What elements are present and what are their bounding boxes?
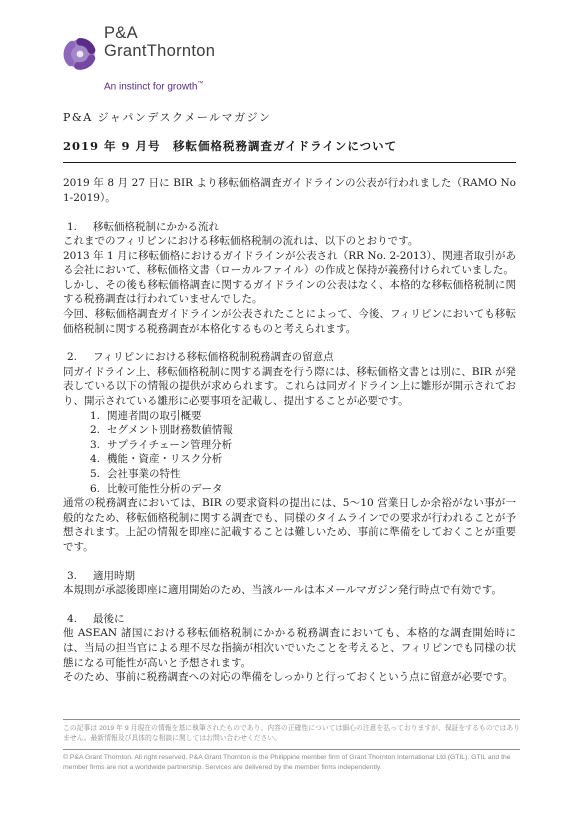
section-2-title: フィリピンにおける移転価格税制税務調査の留意点 bbox=[93, 351, 334, 363]
section-3-title: 適用時期 bbox=[93, 570, 135, 582]
list-item-number: 3. bbox=[90, 438, 107, 453]
section-4: 4.最後に 他 ASEAN 諸国における移転価格税制にかかる税務調査においても、… bbox=[63, 612, 516, 685]
trademark-mark: ™ bbox=[197, 81, 203, 87]
section-1-heading: 1.移転価格税制にかかる流れ bbox=[63, 220, 516, 235]
paragraph: そのため、事前に税務調査への対応の準備をしっかりと行っておくという点に留意が必要… bbox=[63, 670, 516, 685]
list-item: 5.会社事業の特性 bbox=[63, 467, 516, 482]
logo-row: P&A GrantThornton bbox=[63, 25, 577, 71]
list-item-number: 6. bbox=[90, 482, 107, 497]
list-item: 4.機能・資産・リスク分析 bbox=[63, 452, 516, 467]
intro-paragraph: 2019 年 8 月 27 日に BIR より移転価格調査ガイドラインの公表が行… bbox=[63, 176, 516, 205]
paragraph: 今回、移転価格調査ガイドラインが公表されたことによって、今後、フィリピンにおいて… bbox=[63, 307, 516, 336]
section-1-title: 移転価格税制にかかる流れ bbox=[93, 221, 219, 233]
list-item-text: 比較可能性分析のデータ bbox=[107, 483, 223, 495]
list-item-text: 機能・資産・リスク分析 bbox=[107, 453, 222, 465]
logo-line-grantthornton: GrantThornton bbox=[104, 43, 215, 61]
section-3: 3.適用時期 本規則が承認後即座に適用開始のため、当該ルールは本メールマガジン発… bbox=[63, 569, 516, 598]
section-2-number: 2. bbox=[63, 350, 93, 365]
section-3-heading: 3.適用時期 bbox=[63, 569, 516, 584]
paragraph: これまでのフィリピンにおける移転価格税制の流れは、以下のとおりです。 bbox=[63, 234, 516, 249]
list-item-number: 4. bbox=[90, 452, 107, 467]
company-logo: P&A GrantThornton An instinct for growth… bbox=[0, 0, 577, 92]
list-item: 1.関連者間の取引概要 bbox=[63, 409, 516, 424]
list-item: 3.サプライチェーン管理分析 bbox=[63, 438, 516, 453]
list-item-number: 5. bbox=[90, 467, 107, 482]
document-content: P&A ジャパンデスクメールマガジン 2019 年 9 月号 移転価格税務調査ガ… bbox=[0, 109, 577, 684]
section-4-heading: 4.最後に bbox=[63, 612, 516, 627]
footer-copyright-en: © P&A Grant Thornton. All right reserved… bbox=[63, 753, 520, 772]
section-1-number: 1. bbox=[63, 220, 93, 235]
section-3-number: 3. bbox=[63, 569, 93, 584]
logo-line-pa: P&A bbox=[104, 25, 215, 43]
grant-thornton-mobius-icon bbox=[63, 37, 97, 71]
logo-wordmark: P&A GrantThornton bbox=[104, 25, 215, 60]
list-item: 6.比較可能性分析のデータ bbox=[63, 482, 516, 497]
section-1: 1.移転価格税制にかかる流れ これまでのフィリピンにおける移転価格税制の流れは、… bbox=[63, 220, 516, 337]
section-2-heading: 2.フィリピンにおける移転価格税制税務調査の留意点 bbox=[63, 350, 516, 365]
section-4-title: 最後に bbox=[93, 613, 125, 625]
paragraph: 2013 年 1 月に移転価格におけるガイドラインが公表され（RR No. 2-… bbox=[63, 249, 516, 278]
title-divider bbox=[63, 162, 516, 163]
list-item-text: セグメント別財務数値情報 bbox=[107, 424, 233, 436]
footer-divider-middle bbox=[63, 749, 520, 750]
paragraph: 通常の税務調査においては、BIR の要求資料の提出には、5～10 営業日しか余裕… bbox=[63, 496, 516, 554]
newsletter-name: P&A ジャパンデスクメールマガジン bbox=[63, 109, 516, 125]
footer-divider-top bbox=[63, 719, 520, 720]
list-item-text: 関連者間の取引概要 bbox=[107, 410, 202, 422]
paragraph: 本規則が承認後即座に適用開始のため、当該ルールは本メールマガジン発行時点で有効で… bbox=[63, 583, 516, 598]
page-footer: この記事は 2019 年 9 月現在の情報を基に執筆されたものであり、内容の正確… bbox=[63, 719, 520, 772]
list-item-number: 2. bbox=[90, 423, 107, 438]
list-item-text: 会社事業の特性 bbox=[107, 468, 181, 480]
issue-title: 2019 年 9 月号 移転価格税務調査ガイドラインについて bbox=[63, 138, 516, 154]
footer-disclaimer-jp: この記事は 2019 年 9 月現在の情報を基に執筆されたものであり、内容の正確… bbox=[63, 724, 520, 744]
list-item-text: サプライチェーン管理分析 bbox=[107, 439, 232, 451]
paragraph: 他 ASEAN 諸国における移転価格税制にかかる税務調査においても、本格的な調査… bbox=[63, 626, 516, 670]
newsletter-page: P&A GrantThornton An instinct for growth… bbox=[0, 0, 577, 819]
tagline-text: An instinct for growth bbox=[104, 81, 197, 92]
paragraph: 同ガイドライン上、移転価格税制に関する調査を行う際には、移転価格文書とは別に、B… bbox=[63, 365, 516, 409]
list-item: 2.セグメント別財務数値情報 bbox=[63, 423, 516, 438]
section-4-number: 4. bbox=[63, 612, 93, 627]
section-2: 2.フィリピンにおける移転価格税制税務調査の留意点 同ガイドライン上、移転価格税… bbox=[63, 350, 516, 554]
logo-tagline: An instinct for growth™ bbox=[104, 81, 577, 92]
paragraph: しかし、その後も移転価格調査に関するガイドラインの公表はなく、本格的な移転価格税… bbox=[63, 278, 516, 307]
list-item-number: 1. bbox=[90, 409, 107, 424]
